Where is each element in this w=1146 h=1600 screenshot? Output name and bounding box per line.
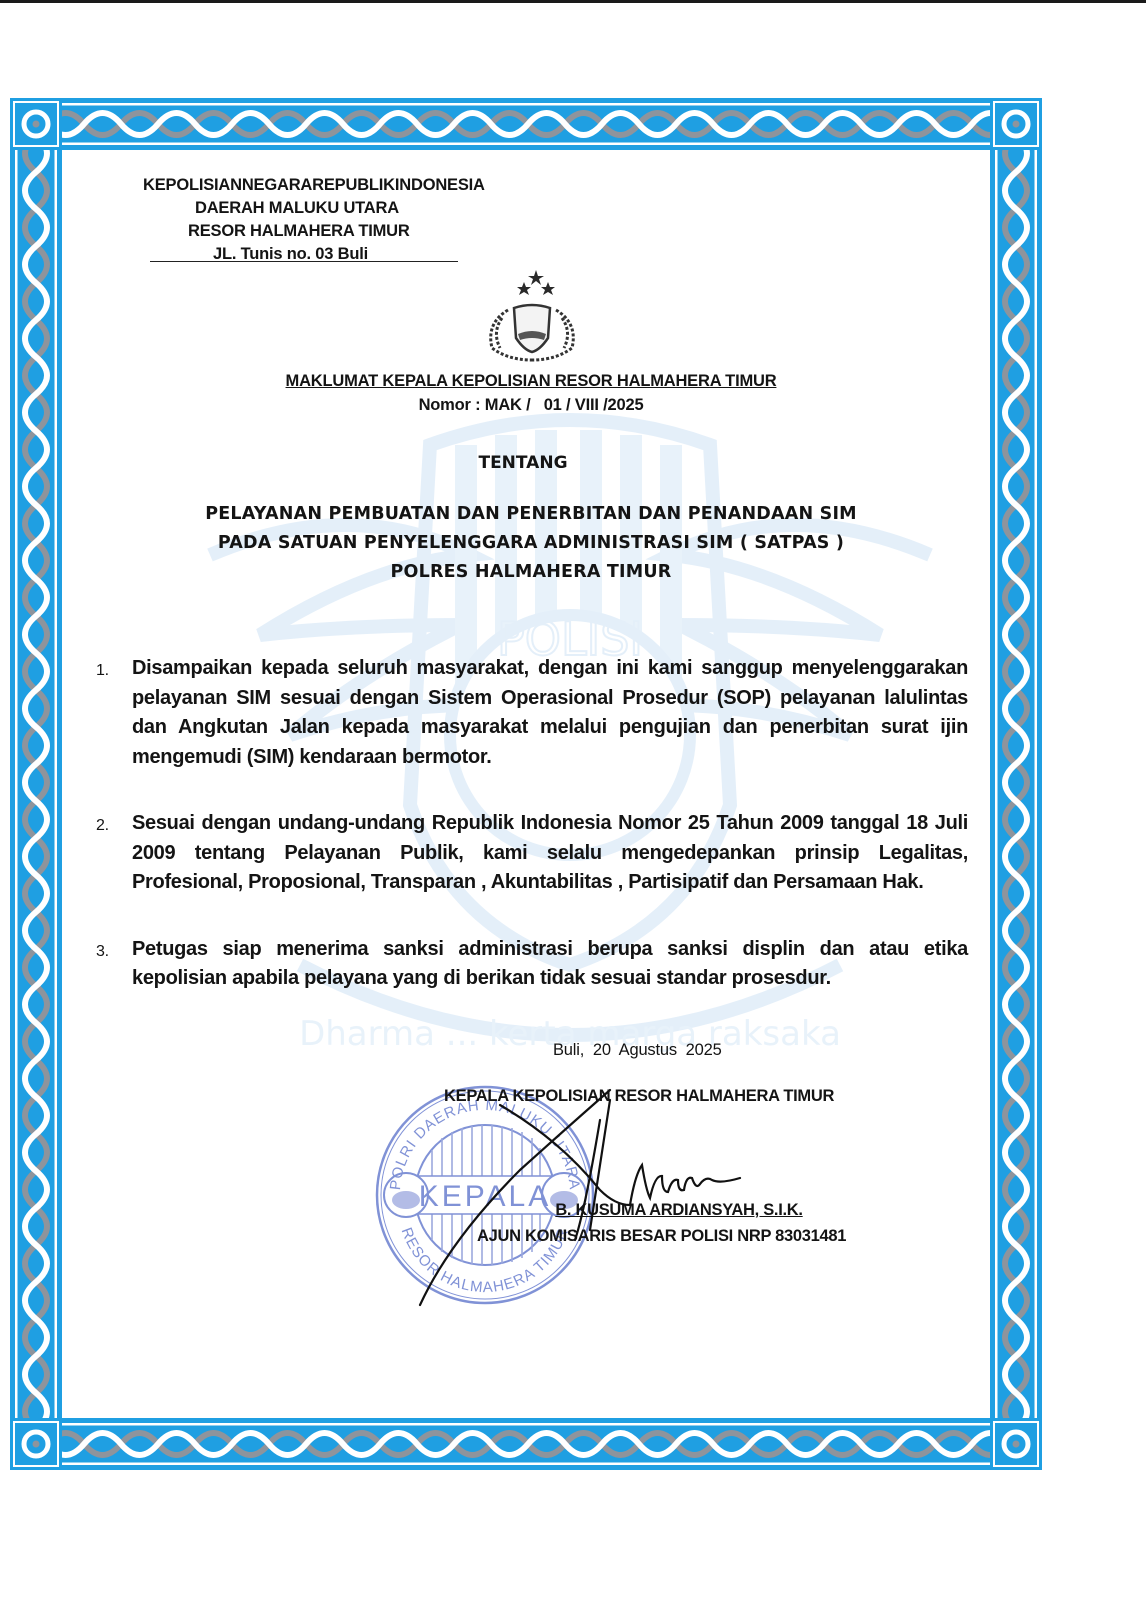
- corner-ring-icon: [10, 1418, 62, 1470]
- corner-ring-icon: [10, 98, 62, 150]
- police-emblem-icon: [478, 268, 586, 364]
- place-date: Buli, 20 Agustus 2025: [553, 1041, 722, 1060]
- handwritten-signature-icon: [410, 1080, 790, 1310]
- corner-ring-icon: [990, 1418, 1042, 1470]
- point-text: Disampaikan kepada seluruh masyarakat, d…: [132, 654, 968, 772]
- point-item: 3. Petugas siap menerima sanksi administ…: [96, 935, 968, 994]
- subject-line: PELAYANAN PEMBUATAN DAN PENERBITAN DAN P…: [0, 500, 1062, 529]
- letterhead-institution: KEPOLISIANNEGARAREPUBLIKINDONESIA: [143, 174, 485, 197]
- point-text: Petugas siap menerima sanksi administras…: [132, 935, 968, 994]
- decree-subject: PELAYANAN PEMBUATAN DAN PENERBITAN DAN P…: [0, 500, 1062, 587]
- subject-line: POLRES HALMAHERA TIMUR: [0, 558, 1062, 587]
- decree-number: Nomor : MAK / 01 / VIII /2025: [0, 396, 1062, 415]
- letterhead: KEPOLISIANNEGARAREPUBLIKINDONESIA DAERAH…: [143, 174, 485, 266]
- point-number: 1.: [96, 654, 132, 772]
- letterhead-address: JL. Tunis no. 03 Buli: [143, 243, 485, 266]
- point-text: Sesuai dengan undang-undang Republik Ind…: [132, 809, 968, 898]
- corner-ring-icon: [990, 98, 1042, 150]
- decree-points: 1. Disampaikan kepada seluruh masyarakat…: [96, 654, 968, 1031]
- letterhead-region: DAERAH MALUKU UTARA: [143, 197, 485, 220]
- point-number: 3.: [96, 935, 132, 994]
- letterhead-unit: RESOR HALMAHERA TIMUR: [143, 220, 485, 243]
- letterhead-divider: [150, 261, 458, 262]
- point-number: 2.: [96, 809, 132, 898]
- subject-line: PADA SATUAN PENYELENGGARA ADMINISTRASI S…: [0, 529, 1062, 558]
- point-item: 2. Sesuai dengan undang-undang Republik …: [96, 809, 968, 898]
- decree-title: MAKLUMAT KEPALA KEPOLISIAN RESOR HALMAHE…: [0, 372, 1062, 391]
- point-item: 1. Disampaikan kepada seluruh masyarakat…: [96, 654, 968, 772]
- about-label: TENTANG: [0, 453, 1046, 473]
